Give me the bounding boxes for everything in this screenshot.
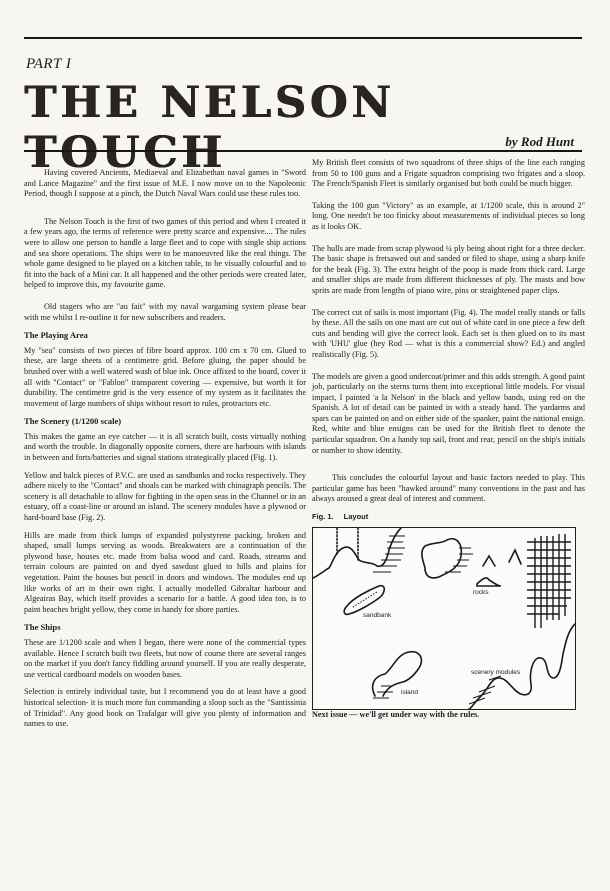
scenery-paragraph-3: Hills are made from thick lumps of expan… <box>24 531 306 616</box>
playing-area-paragraph: My "sea" consists of two pieces of fibre… <box>24 346 306 410</box>
painting-paragraph: The models are given a good undercoat/pr… <box>312 372 585 457</box>
old-stagers-paragraph: Old stagers who are "au fait" with my na… <box>24 302 306 323</box>
nelson-touch-paragraph: The Nelson Touch is the first of two gam… <box>24 217 306 291</box>
hulls-paragraph: The hulls are made from scrap plywood ¼ … <box>312 244 585 297</box>
victory-paragraph: Taking the 100 gun "Victory" as an examp… <box>312 201 585 233</box>
scenery-paragraph-1: This makes the game an eye catcher — it … <box>24 432 306 464</box>
scenery-heading: The Scenery (1/1200 scale) <box>24 416 306 427</box>
scenery-modules-label: scenery modules <box>471 668 520 679</box>
right-column: My British fleet consists of two squadro… <box>312 158 585 727</box>
sandbank-label: sandbank <box>363 611 391 622</box>
sails-paragraph: The correct cut of sails is most importa… <box>312 308 585 361</box>
intro-paragraph: Having covered Ancients, Mediaeval and E… <box>24 168 306 200</box>
rocks-label: rocks <box>473 588 489 599</box>
figure-title: Layout <box>344 512 369 521</box>
ships-heading: The Ships <box>24 622 306 633</box>
playing-area-heading: The Playing Area <box>24 330 306 341</box>
island-label: island <box>401 688 418 699</box>
fleet-paragraph: My British fleet consists of two squadro… <box>312 158 585 190</box>
scenery-paragraph-2: Yellow and balck pieces of P.V.C. are us… <box>24 471 306 524</box>
ships-paragraph-2: Selection is entirely individual taste, … <box>24 687 306 729</box>
layout-map-drawing <box>313 528 575 709</box>
byline: by Rod Hunt <box>505 134 574 150</box>
figure-number: Fig. 1. <box>312 512 334 521</box>
figure-caption: Fig. 1.Layout <box>312 512 585 523</box>
part-label: PART I <box>26 56 71 73</box>
top-rule <box>24 37 582 39</box>
left-column: Having covered Ancients, Mediaeval and E… <box>24 158 306 737</box>
ships-paragraph-1: These are 1/1200 scale and when I began,… <box>24 638 306 680</box>
conclusion-paragraph: This concludes the colourful layout and … <box>312 473 585 505</box>
layout-figure: rocks sandbank island scenery modules <box>312 527 576 710</box>
header-rule <box>24 150 582 152</box>
next-issue-note: Next issue — we'll get under way with th… <box>312 710 585 721</box>
